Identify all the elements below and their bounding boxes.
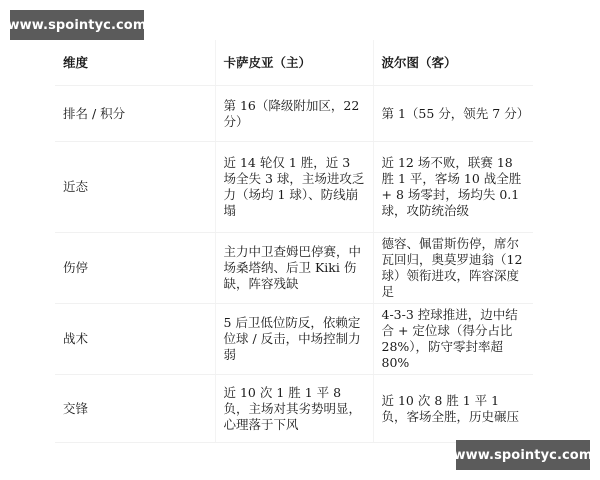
table-row: 交锋 近 10 次 1 胜 1 平 8 负，主场对其劣势明显，心理落于下风 近 … bbox=[55, 375, 533, 443]
table-header-row: 维度 卡萨皮亚（主） 波尔图（客） bbox=[55, 40, 533, 86]
row-away-value: 德容、佩雷斯伤停，席尔瓦回归，奥莫罗迪翁（12 球）领衔进攻，阵容深度足 bbox=[373, 233, 533, 304]
page: www.spointyc.com 维度 卡萨皮亚（主） 波尔图（客） 排名 / … bbox=[0, 0, 600, 480]
table-row: 战术 5 后卫低位防反，依赖定位球 / 反击，中场控制力弱 4-3-3 控球推进… bbox=[55, 304, 533, 375]
row-away-value: 近 12 场不败，联赛 18 胜 1 平，客场 10 战全胜 + 8 场零封，场… bbox=[373, 142, 533, 233]
comparison-table: 维度 卡萨皮亚（主） 波尔图（客） 排名 / 积分 第 16（降级附加区，22 … bbox=[55, 40, 533, 443]
header-away-team: 波尔图（客） bbox=[373, 40, 533, 86]
row-away-value: 4-3-3 控球推进，边中结合 + 定位球（得分占比 28%），防守零封率超 8… bbox=[373, 304, 533, 375]
row-dimension: 伤停 bbox=[55, 233, 215, 304]
row-away-value: 第 1（55 分，领先 7 分） bbox=[373, 86, 533, 142]
row-away-value: 近 10 次 8 胜 1 平 1 负，客场全胜，历史碾压 bbox=[373, 375, 533, 443]
watermark-bottom: www.spointyc.com bbox=[456, 440, 590, 470]
row-dimension: 战术 bbox=[55, 304, 215, 375]
row-home-value: 第 16（降级附加区，22 分） bbox=[215, 86, 373, 142]
watermark-top: www.spointyc.com bbox=[10, 10, 144, 40]
row-dimension: 排名 / 积分 bbox=[55, 86, 215, 142]
row-home-value: 主力中卫查姆巴停赛，中场桑塔纳、后卫 Kiki 伤缺，阵容残缺 bbox=[215, 233, 373, 304]
table-row: 伤停 主力中卫查姆巴停赛，中场桑塔纳、后卫 Kiki 伤缺，阵容残缺 德容、佩雷… bbox=[55, 233, 533, 304]
header-home-team: 卡萨皮亚（主） bbox=[215, 40, 373, 86]
table-row: 近态 近 14 轮仅 1 胜，近 3 场全失 3 球，主场进攻乏力（场均 1 球… bbox=[55, 142, 533, 233]
row-home-value: 近 10 次 1 胜 1 平 8 负，主场对其劣势明显，心理落于下风 bbox=[215, 375, 373, 443]
row-dimension: 交锋 bbox=[55, 375, 215, 443]
row-home-value: 5 后卫低位防反，依赖定位球 / 反击，中场控制力弱 bbox=[215, 304, 373, 375]
row-dimension: 近态 bbox=[55, 142, 215, 233]
table-row: 排名 / 积分 第 16（降级附加区，22 分） 第 1（55 分，领先 7 分… bbox=[55, 86, 533, 142]
row-home-value: 近 14 轮仅 1 胜，近 3 场全失 3 球，主场进攻乏力（场均 1 球）、防… bbox=[215, 142, 373, 233]
header-dimension: 维度 bbox=[55, 40, 215, 86]
